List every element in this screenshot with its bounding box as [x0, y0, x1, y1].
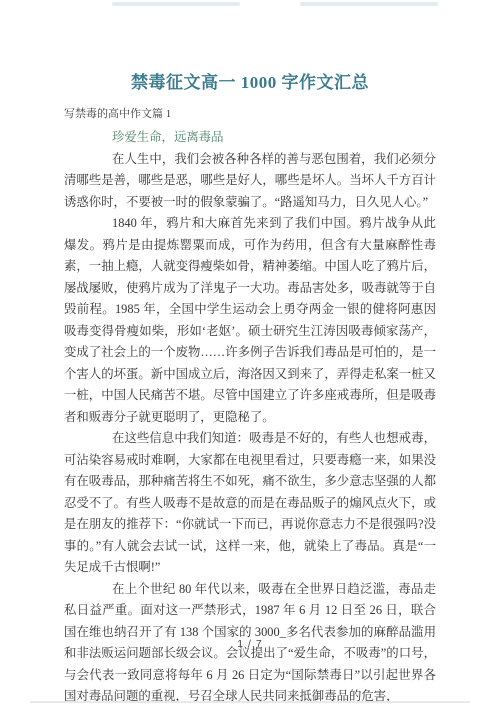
essay-title: 珍爱生命，远离毒品	[64, 127, 436, 149]
section-label: 写禁毒的高中作文篇 1	[64, 105, 436, 121]
bottom-edge-artifact	[30, 701, 470, 703]
essay-paragraph: 在人生中，我们会被各种各样的善与恶包围着，我们必须分清哪些是善，哪些是恶，哪些是…	[64, 149, 436, 214]
top-edge-artifact-left	[112, 2, 240, 6]
document-title: 禁毒征文高一 1000 字作文汇总	[64, 68, 436, 93]
essay-paragraph: 1840 年，鸦片和大麻首先来到了我们中国。鸦片战争从此爆发。鸦片是由提炼罂粟而…	[64, 213, 436, 428]
document-body: 禁毒征文高一 1000 字作文汇总 写禁毒的高中作文篇 1 珍爱生命，远离毒品 …	[64, 68, 436, 707]
essay-paragraph: 在这些信息中我们知道：吸毒是不好的，有些人也想戒毒，可沾染容易戒时难啊，大家都在…	[64, 428, 436, 579]
page-number-indicator: 1 / 7	[0, 638, 500, 650]
document-page: 禁毒征文高一 1000 字作文汇总 写禁毒的高中作文篇 1 珍爱生命，远离毒品 …	[0, 0, 500, 707]
top-edge-artifact-right	[300, 2, 438, 6]
